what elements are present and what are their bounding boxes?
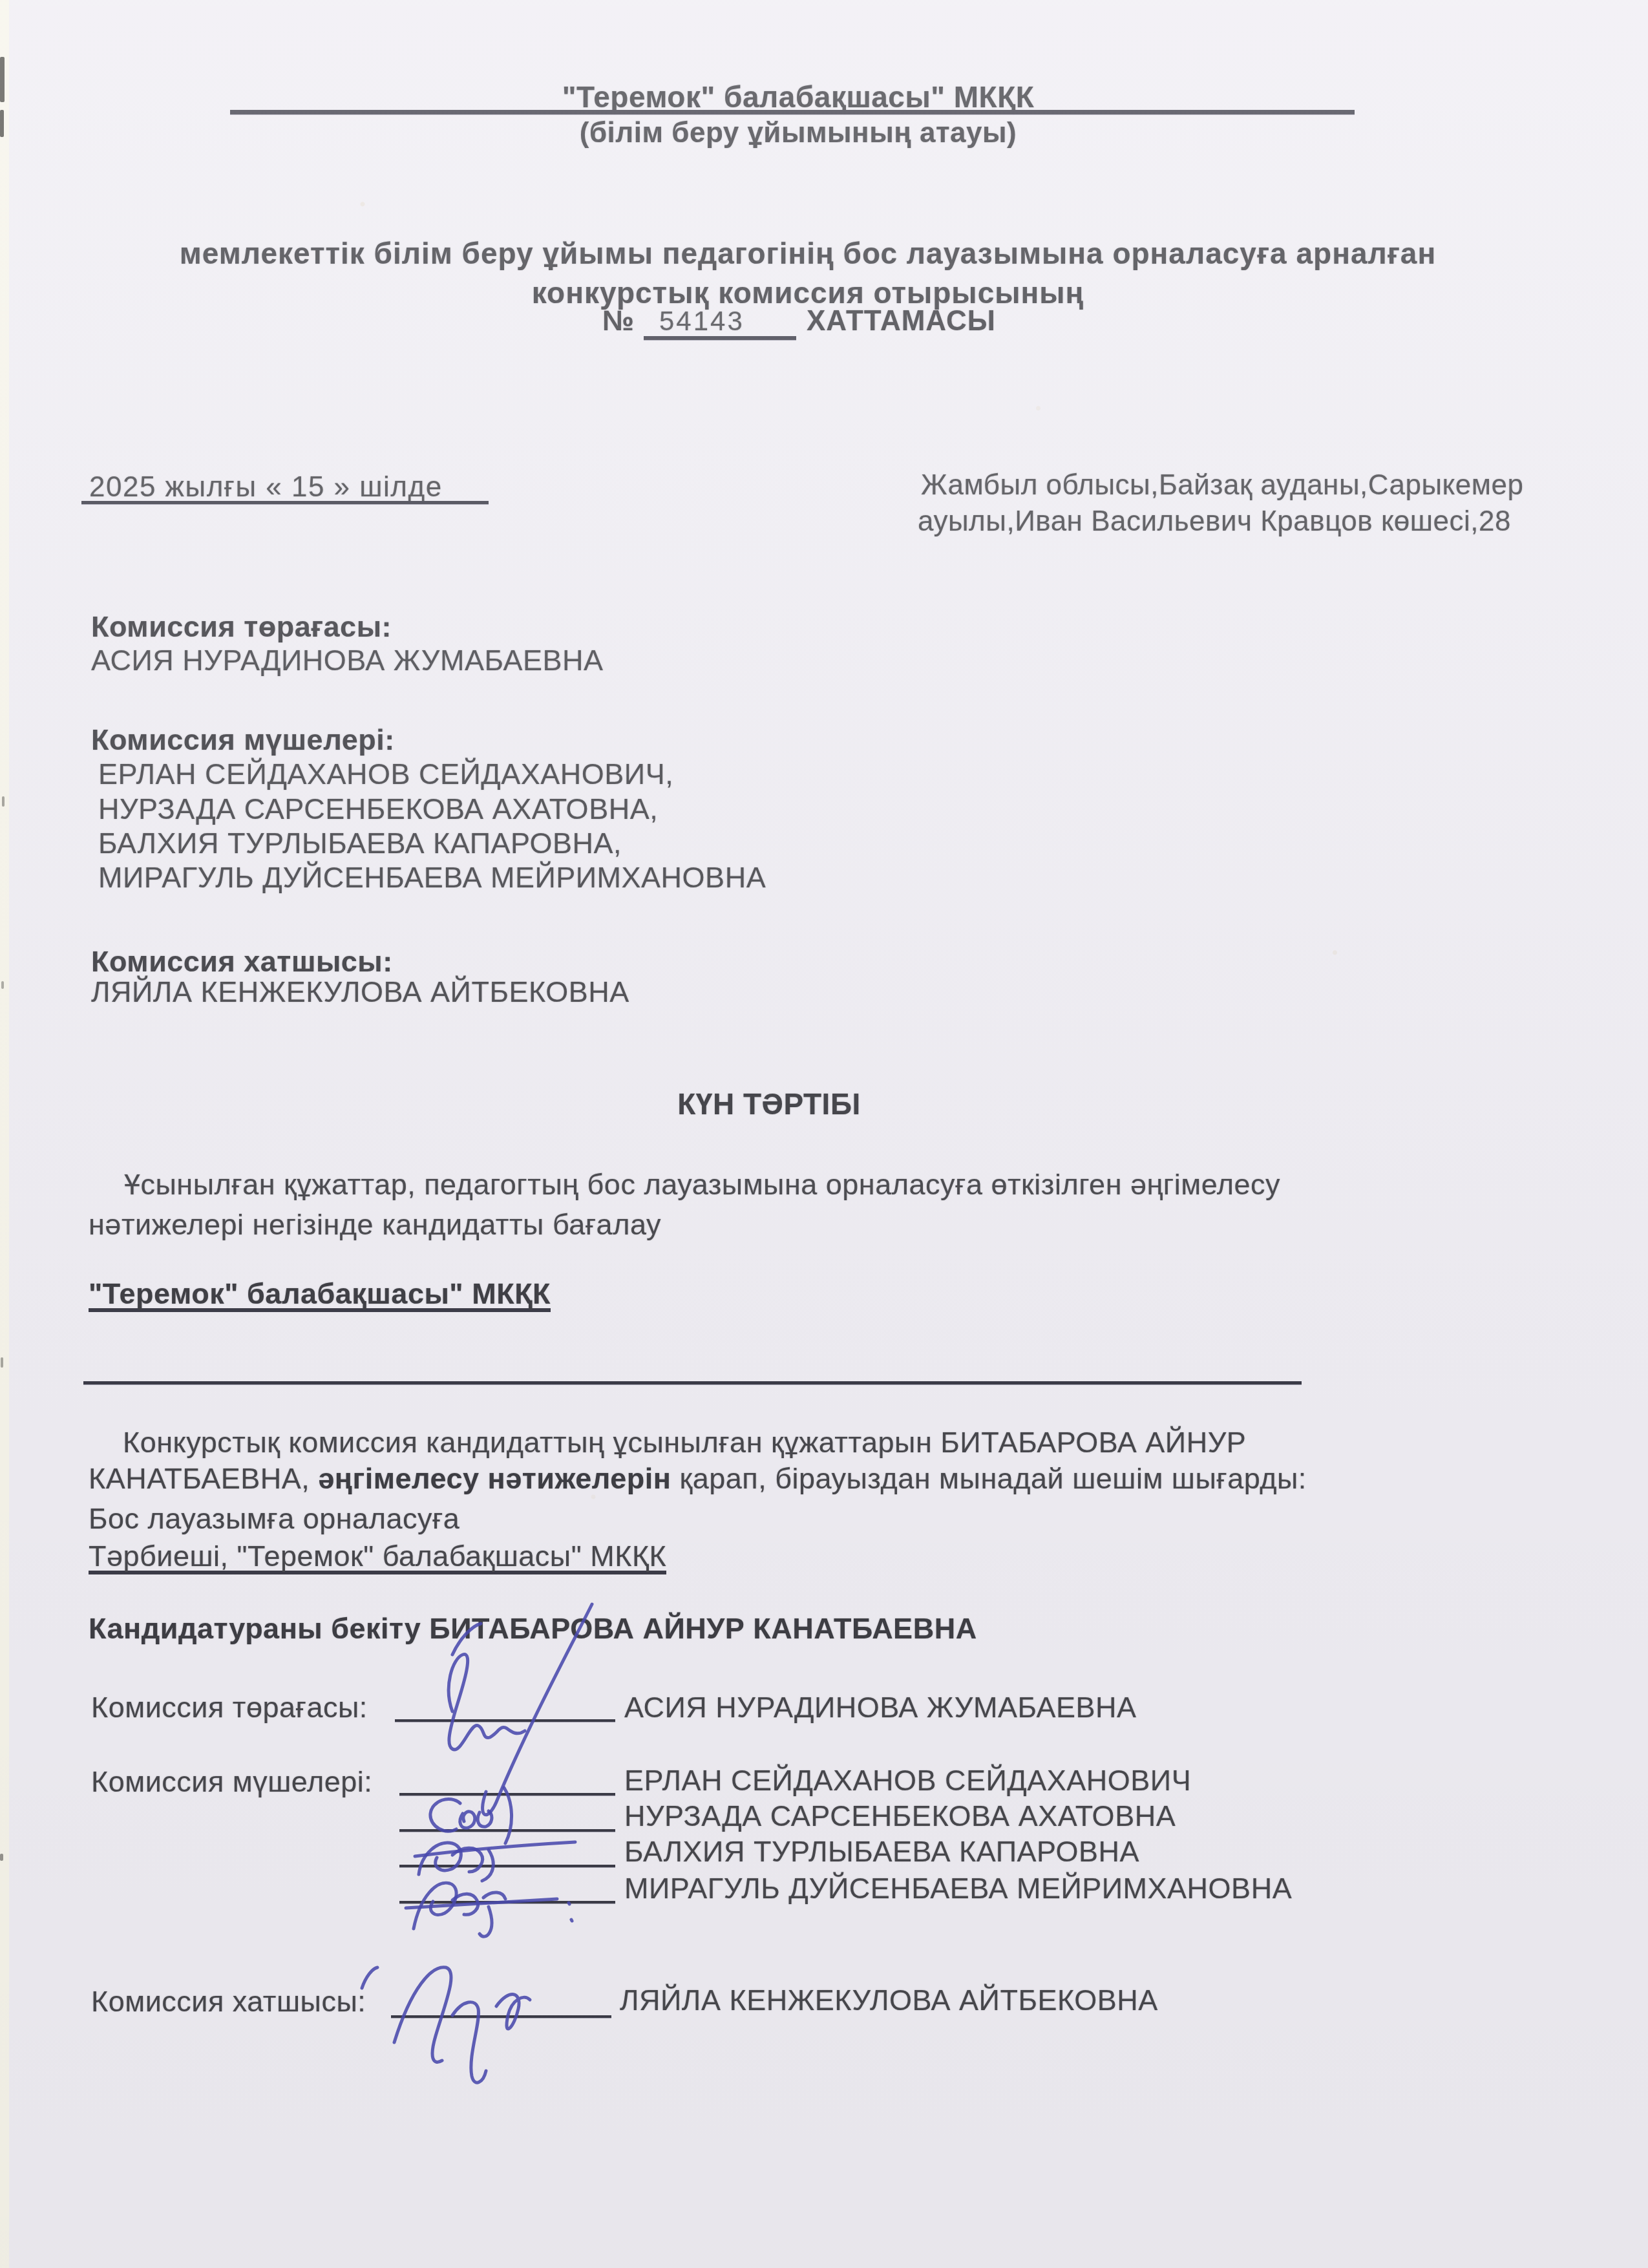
protocol-title-line1: мемлекеттік білім беру ұйымы педагогінің… [48, 238, 1567, 268]
decision-line2-bold: әңгімелесу нәтижелерін [318, 1462, 671, 1495]
agenda-paragraph-line1: Ұсынылған құжаттар, педагогтың бос лауаз… [124, 1170, 1280, 1199]
protocol-number-sign: № [602, 307, 635, 335]
sig-chair-line [395, 1719, 615, 1722]
secretary-signature [362, 1967, 530, 2083]
commission-member-item: МИРАГУЛЬ ДУЙСЕНБАЕВА МЕЙРИМХАНОВНА [98, 863, 766, 892]
commission-secretary-name: ЛЯЙЛА КЕНЖЕКУЛОВА АЙТБЕКОВНА [91, 977, 629, 1006]
agenda-heading: КҮН ТӘРТІБІ [220, 1089, 1318, 1119]
protocol-number-value: 54143 [659, 308, 745, 335]
sig-member-line [399, 1793, 615, 1796]
member4-signature [406, 1883, 572, 1936]
separator-rule [83, 1381, 1302, 1384]
decision-line3: Бос лауазымға орналасуға [89, 1504, 460, 1533]
commission-secretary-label: Комиссия хатшысы: [91, 947, 393, 976]
scan-edge-strip [0, 0, 9, 2268]
commission-member-item: НУРЗАДА САРСЕНБЕКОВА АХАТОВНА, [98, 794, 658, 823]
date-line: 2025 жылғы « 15 » шілде [89, 473, 443, 502]
member2-signature [430, 1788, 512, 1843]
org-name-title: "Теремок" балабақшасы" МКҚК [259, 82, 1338, 112]
agenda-org-ref: "Теремок" балабақшасы" МКҚК [89, 1279, 551, 1312]
org-name-caption: (білім беру ұйымының атауы) [259, 119, 1338, 147]
date-underline [81, 501, 489, 504]
location-line1: Жамбыл облысы,Байзақ ауданы,Сарыкемер [921, 471, 1524, 500]
scan-artifact [1, 1357, 3, 1368]
decision-line2-part2: қарап, бірауыздан мынадай шешім шығарды: [671, 1462, 1307, 1495]
scan-artifact [0, 110, 4, 137]
decision-line2: КАНАТБАЕВНА, әңгімелесу нәтижелерін қара… [89, 1464, 1307, 1493]
decision-position-ref: Тәрбиеші, "Теремок" балабақшасы" МКҚК [89, 1542, 666, 1574]
location-line2: ауылы,Иван Васильевич Кравцов көшесі,28 [918, 507, 1511, 536]
decision-approve-line: Кандидатураны бекіту БИТАБАРОВА АЙНУР КА… [89, 1614, 977, 1643]
sig-member-line [399, 1829, 615, 1832]
scanned-protocol-document: "Теремок" балабақшасы" МКҚК (білім беру … [0, 0, 1648, 2268]
sig-member-name: НУРЗАДА САРСЕНБЕКОВА АХАТОВНА [624, 1801, 1176, 1830]
commission-member-item: ЕРЛАН СЕЙДАХАНОВ СЕЙДАХАНОВИЧ, [98, 759, 673, 789]
protocol-title-line2: конкурстық комиссия отырысының [48, 278, 1567, 308]
sig-chair-name: АСИЯ НУРАДИНОВА ЖУМАБАЕВНА [624, 1693, 1137, 1722]
scan-artifact [0, 57, 5, 102]
decision-line1: Конкурстық комиссия кандидаттың ұсынылға… [123, 1428, 1246, 1457]
commission-chair-label: Комиссия төрағасы: [91, 612, 392, 641]
sig-member-name: ЕРЛАН СЕЙДАХАНОВ СЕЙДАХАНОВИЧ [624, 1766, 1191, 1795]
sig-member-line [399, 1901, 615, 1903]
sig-member-name: БАЛХИЯ ТУРЛЫБАЕВА КАПАРОВНА [624, 1837, 1139, 1866]
scan-artifact [1, 981, 4, 989]
sig-member-name: МИРАГУЛЬ ДУЙСЕНБАЕВА МЕЙРИМХАНОВНА [624, 1874, 1292, 1903]
commission-chair-name: АСИЯ НУРАДИНОВА ЖУМАБАЕВНА [91, 646, 604, 675]
decision-line2-part1: КАНАТБАЕВНА, [89, 1462, 318, 1495]
org-name-underline [230, 110, 1355, 114]
sig-secretary-line [391, 2015, 611, 2018]
commission-member-item: БАЛХИЯ ТУРЛЫБАЕВА КАПАРОВНА, [98, 829, 622, 858]
ink-signatures-layer [0, 0, 1648, 2268]
scan-artifact [2, 796, 5, 807]
commission-members-label: Комиссия мүшелері: [91, 725, 395, 754]
protocol-number-underline [644, 336, 796, 340]
sig-secretary-name: ЛЯЙЛА КЕНЖЕКУЛОВА АЙТБЕКОВНА [620, 1986, 1158, 2015]
agenda-paragraph-line2: нәтижелері негізінде кандидатты бағалау [89, 1210, 661, 1239]
protocol-word: ХАТТАМАСЫ [807, 307, 996, 335]
sig-members-label: Комиссия мүшелері: [91, 1767, 372, 1796]
sig-member-line [399, 1865, 615, 1867]
sig-chair-label: Комиссия төрағасы: [91, 1693, 368, 1722]
scan-artifact [0, 1854, 3, 1861]
sig-secretary-label: Комиссия хатшысы: [91, 1987, 366, 2016]
member3-signature [415, 1842, 575, 1881]
